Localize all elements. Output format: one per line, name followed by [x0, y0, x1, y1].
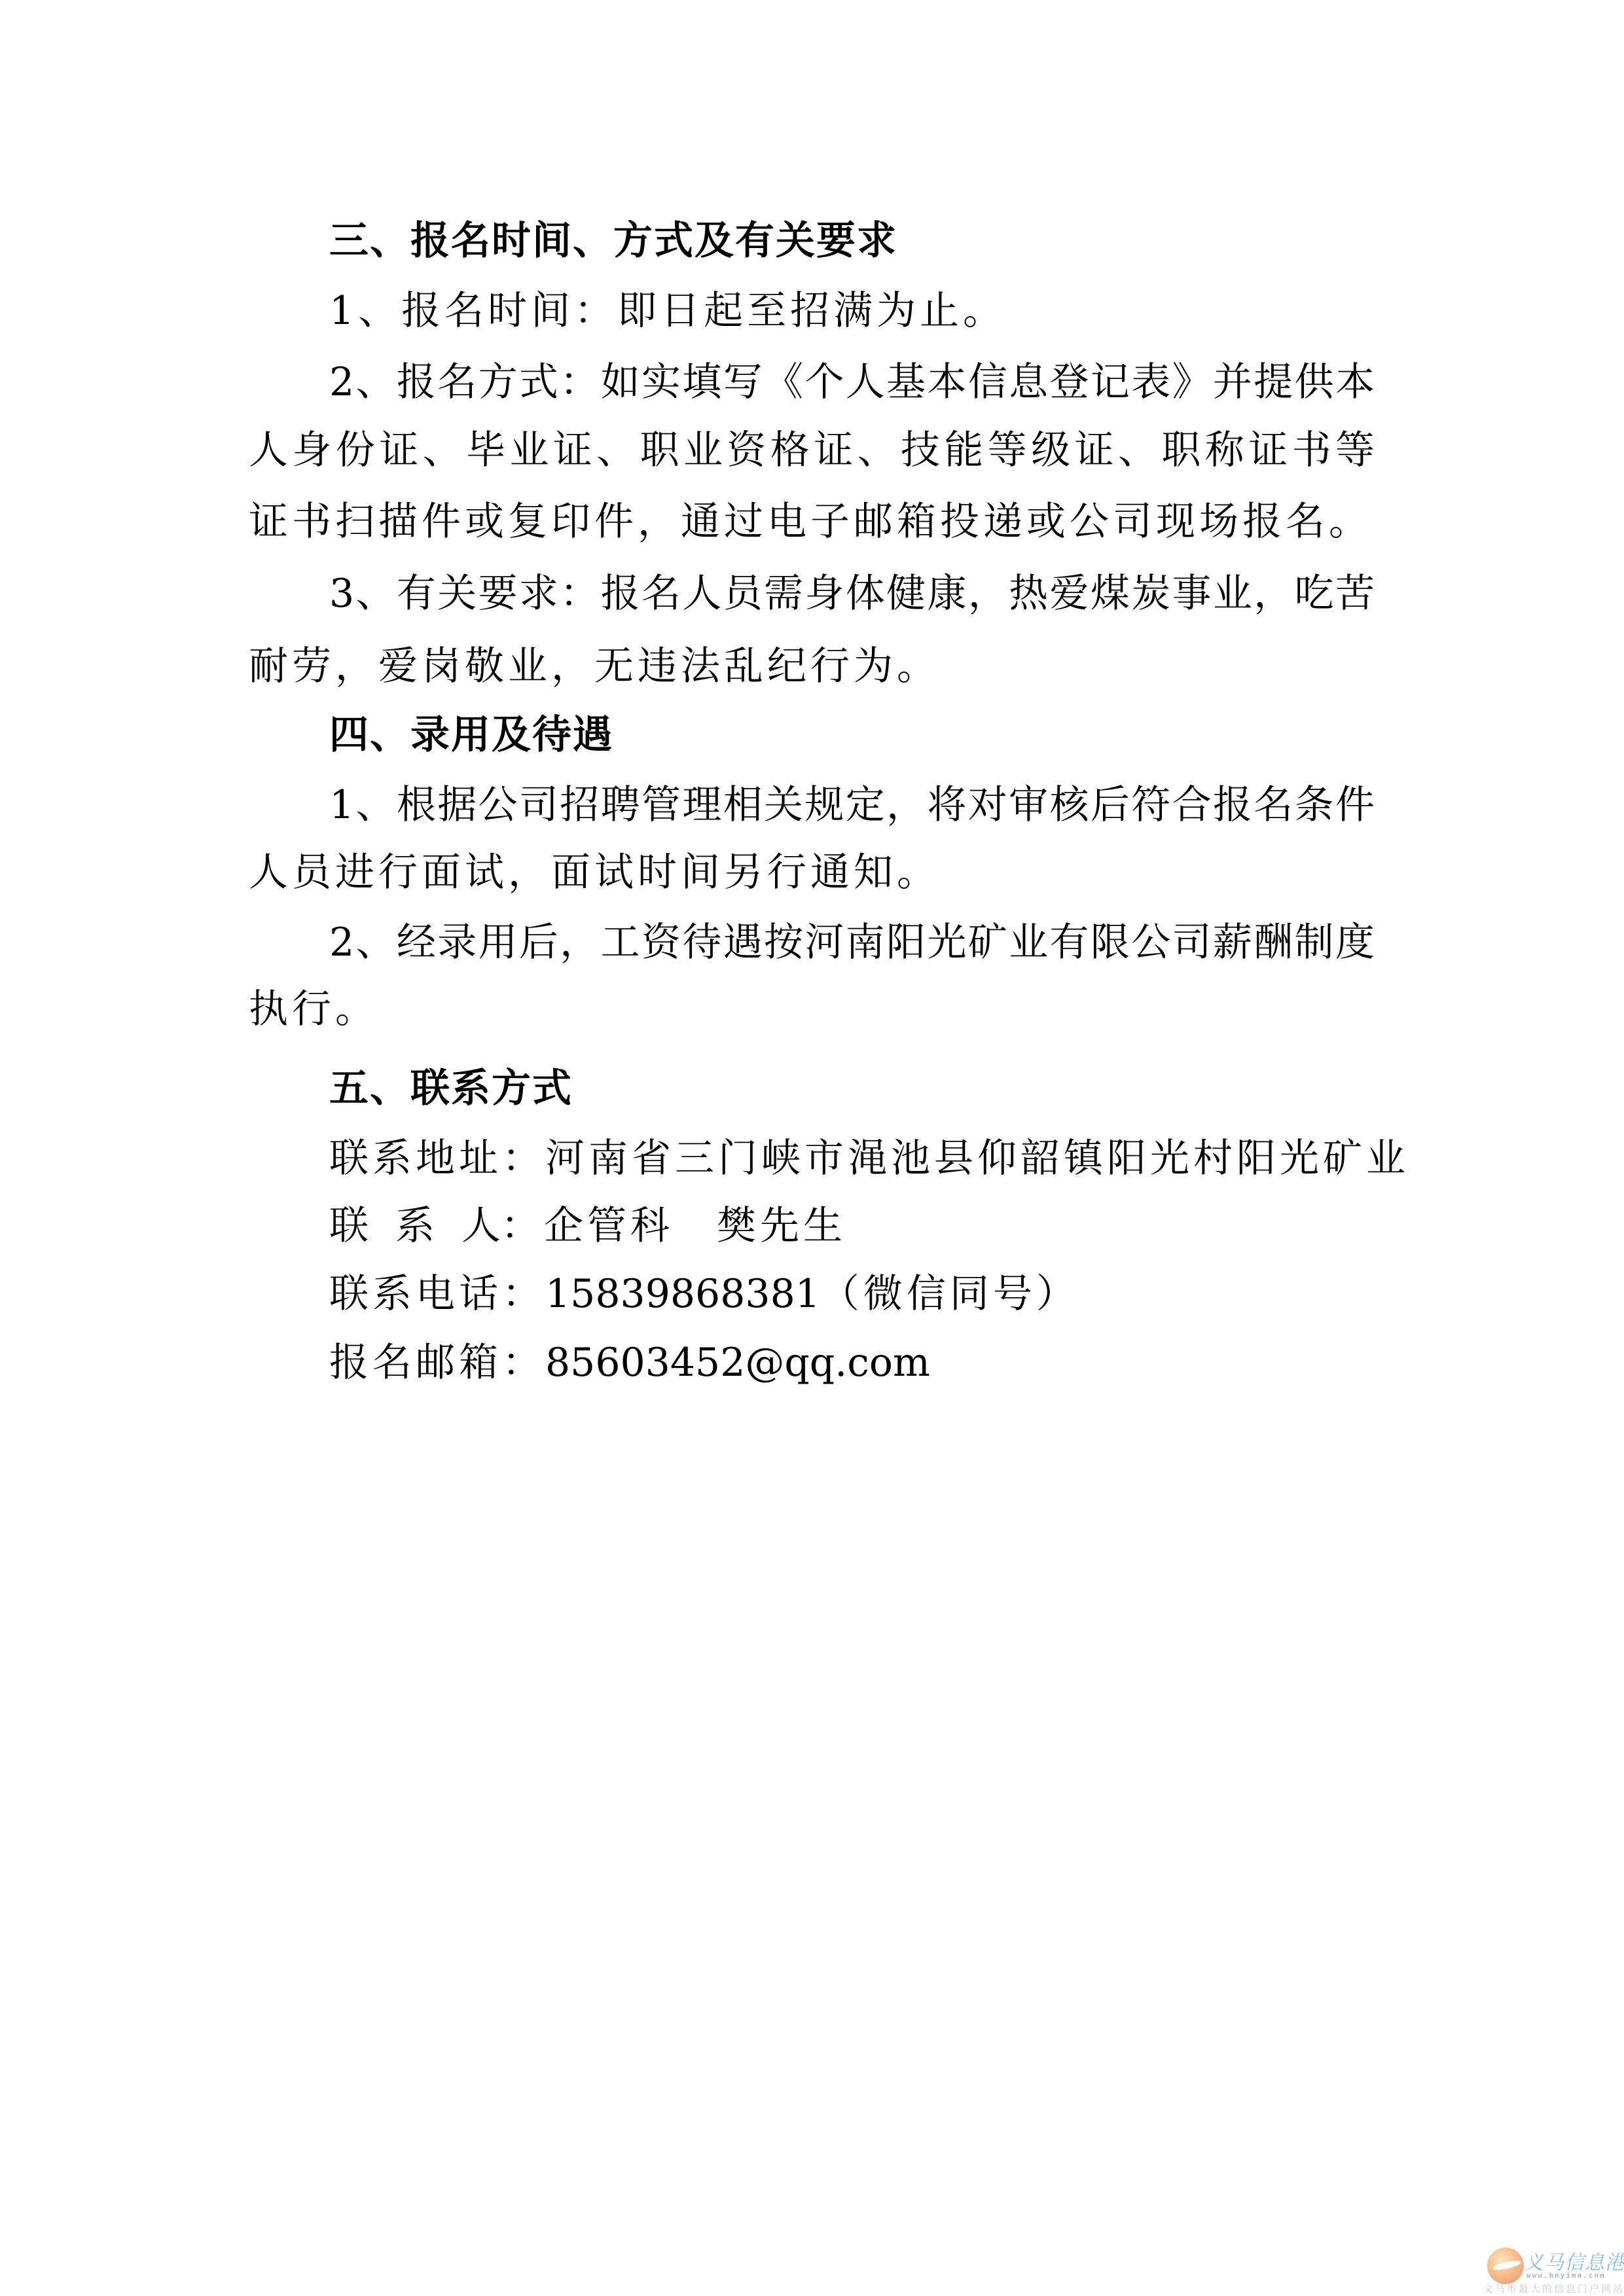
paragraph-line: 证书扫描件或复印件，通过电子邮箱投递或公司现场报名。	[249, 499, 1372, 545]
contact-email-value[interactable]: 85603452@qq.com	[545, 1340, 930, 1386]
contact-phone-note: （微信同号）	[820, 1271, 1079, 1317]
contact-person-colon: ：	[501, 1203, 544, 1249]
watermark-slogan: 义马市最大的信息门户网站	[1483, 2282, 1624, 2295]
paragraph-line: 1、根据公司招聘管理相关规定，将对审核后符合报名条件	[329, 782, 1375, 828]
contact-phone-value[interactable]: 15839868381	[545, 1271, 820, 1317]
section-heading-5: 五、联系方式	[329, 1066, 573, 1111]
contact-phone-label: 联系电话：	[329, 1271, 545, 1317]
paragraph-line: 人身份证、毕业证、职业资格证、技能等级证、职称证书等	[249, 427, 1375, 473]
contact-person: 联系人：企管科 樊先生	[329, 1203, 846, 1249]
paragraph-line: 3、有关要求：报名人员需身体健康，热爱煤炭事业，吃苦	[329, 571, 1375, 617]
contact-person-value: 企管科 樊先生	[544, 1203, 846, 1249]
section-heading-4: 四、录用及待遇	[329, 712, 613, 758]
contact-email-label: 报名邮箱：	[329, 1340, 545, 1386]
paragraph-line: 执行。	[249, 986, 378, 1032]
paragraph-line: 耐劳，爱岗敬业，无违法乱纪行为。	[249, 643, 940, 689]
contact-address-value: 河南省三门峡市渑池县仰韶镇阳光村阳光矿业	[545, 1136, 1409, 1181]
contact-person-label: 联系人	[329, 1203, 501, 1249]
contact-address-label: 联系地址：	[329, 1136, 545, 1181]
paragraph-line: 1、报名时间：即日起至招满为止。	[329, 288, 1006, 334]
watermark-url: www.hnyima.com	[1526, 2271, 1606, 2280]
section-heading-3: 三、报名时间、方式及有关要求	[329, 218, 897, 264]
contact-address: 联系地址：河南省三门峡市渑池县仰韶镇阳光村阳光矿业	[329, 1136, 1409, 1181]
paragraph-line: 人员进行面试，面试时间另行通知。	[249, 850, 940, 895]
document-page: 三、报名时间、方式及有关要求 1、报名时间：即日起至招满为止。 2、报名方式：如…	[0, 0, 1624, 2296]
contact-phone: 联系电话：15839868381（微信同号）	[329, 1271, 1079, 1317]
contact-email: 报名邮箱：85603452@qq.com	[329, 1340, 930, 1386]
paragraph-line: 2、经录用后，工资待遇按河南阳光矿业有限公司薪酬制度	[329, 920, 1375, 965]
site-watermark: 义马信息港 www.hnyima.com 义马市最大的信息门户网站	[1481, 2245, 1624, 2296]
paragraph-line: 2、报名方式：如实填写《个人基本信息登记表》并提供本	[329, 359, 1375, 405]
